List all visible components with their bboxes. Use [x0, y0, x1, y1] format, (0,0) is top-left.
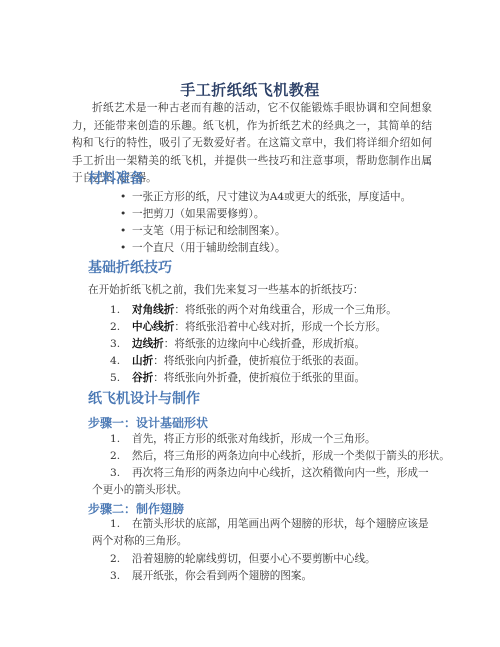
basics-lead: 在开始折纸飞机之前，我们先来复习一些基本的折纸技巧：: [88, 282, 363, 297]
list-item: 1. 对角线折：将纸张的两个对角线重合，形成一个三角形。: [0, 302, 500, 319]
materials-heading: 材料准备: [88, 168, 144, 188]
list-item: • 一张正方形的纸，尺寸建议为A4或更大的纸张，厚度适中。: [0, 189, 500, 206]
list-item: 2. 中心线折：将纸张沿着中心线对折，形成一个长方形。: [0, 319, 500, 336]
step2-heading: 步骤二：制作翅膀: [88, 500, 184, 517]
list-item: 1. 首先，将正方形的纸张对角线折，形成一个三角形。: [0, 431, 500, 448]
list-item: 2. 然后，将三角形的两条边向中心线折，形成一个类似于箭头的形状。: [0, 448, 500, 465]
list-item: 1.在箭头形状的底部，用笔画出两个翅膀的形状，每个翅膀应该是两个对称的三角形。: [92, 516, 430, 550]
list-item: • 一个直尺（用于辅助绘制直线）。: [0, 240, 500, 257]
bullet-icon: •: [120, 223, 126, 240]
list-item: • 一支笔（用于标记和绘制图案）。: [0, 223, 500, 240]
list-item: 3.再次将三角形的两条边向中心线折，这次稍微向内一些，形成一个更小的箭头形状。: [92, 465, 430, 499]
bullet-icon: •: [120, 240, 126, 257]
list-item: 3. 边线折：将纸张的边缘向中心线折叠，形成折痕。: [0, 336, 500, 353]
basics-heading: 基础折纸技巧: [88, 257, 172, 277]
list-item: 2. 沿着翅膀的轮廓线剪切，但要小心不要剪断中心线。: [0, 551, 500, 568]
list-item: • 一把剪刀（如果需要修剪）。: [0, 206, 500, 223]
design-heading: 纸飞机设计与制作: [88, 388, 200, 408]
bullet-icon: •: [120, 206, 126, 223]
list-item: 3. 展开纸张，你会看到两个翅膀的图案。: [0, 568, 500, 585]
step1-heading: 步骤一：设计基础形状: [88, 414, 208, 431]
document-page: 手工折纸纸飞机教程 折纸艺术是一种古老而有趣的活动，它不仅能锻炼手眼协调和空间想…: [0, 0, 500, 647]
list-item: 5. 谷折：将纸张向外折叠，使折痕位于纸张的里面。: [0, 370, 500, 387]
bullet-icon: •: [120, 189, 126, 206]
list-item: 4. 山折：将纸张向内折叠，使折痕位于纸张的表面。: [0, 353, 500, 370]
document-title: 手工折纸纸飞机教程: [0, 79, 500, 100]
